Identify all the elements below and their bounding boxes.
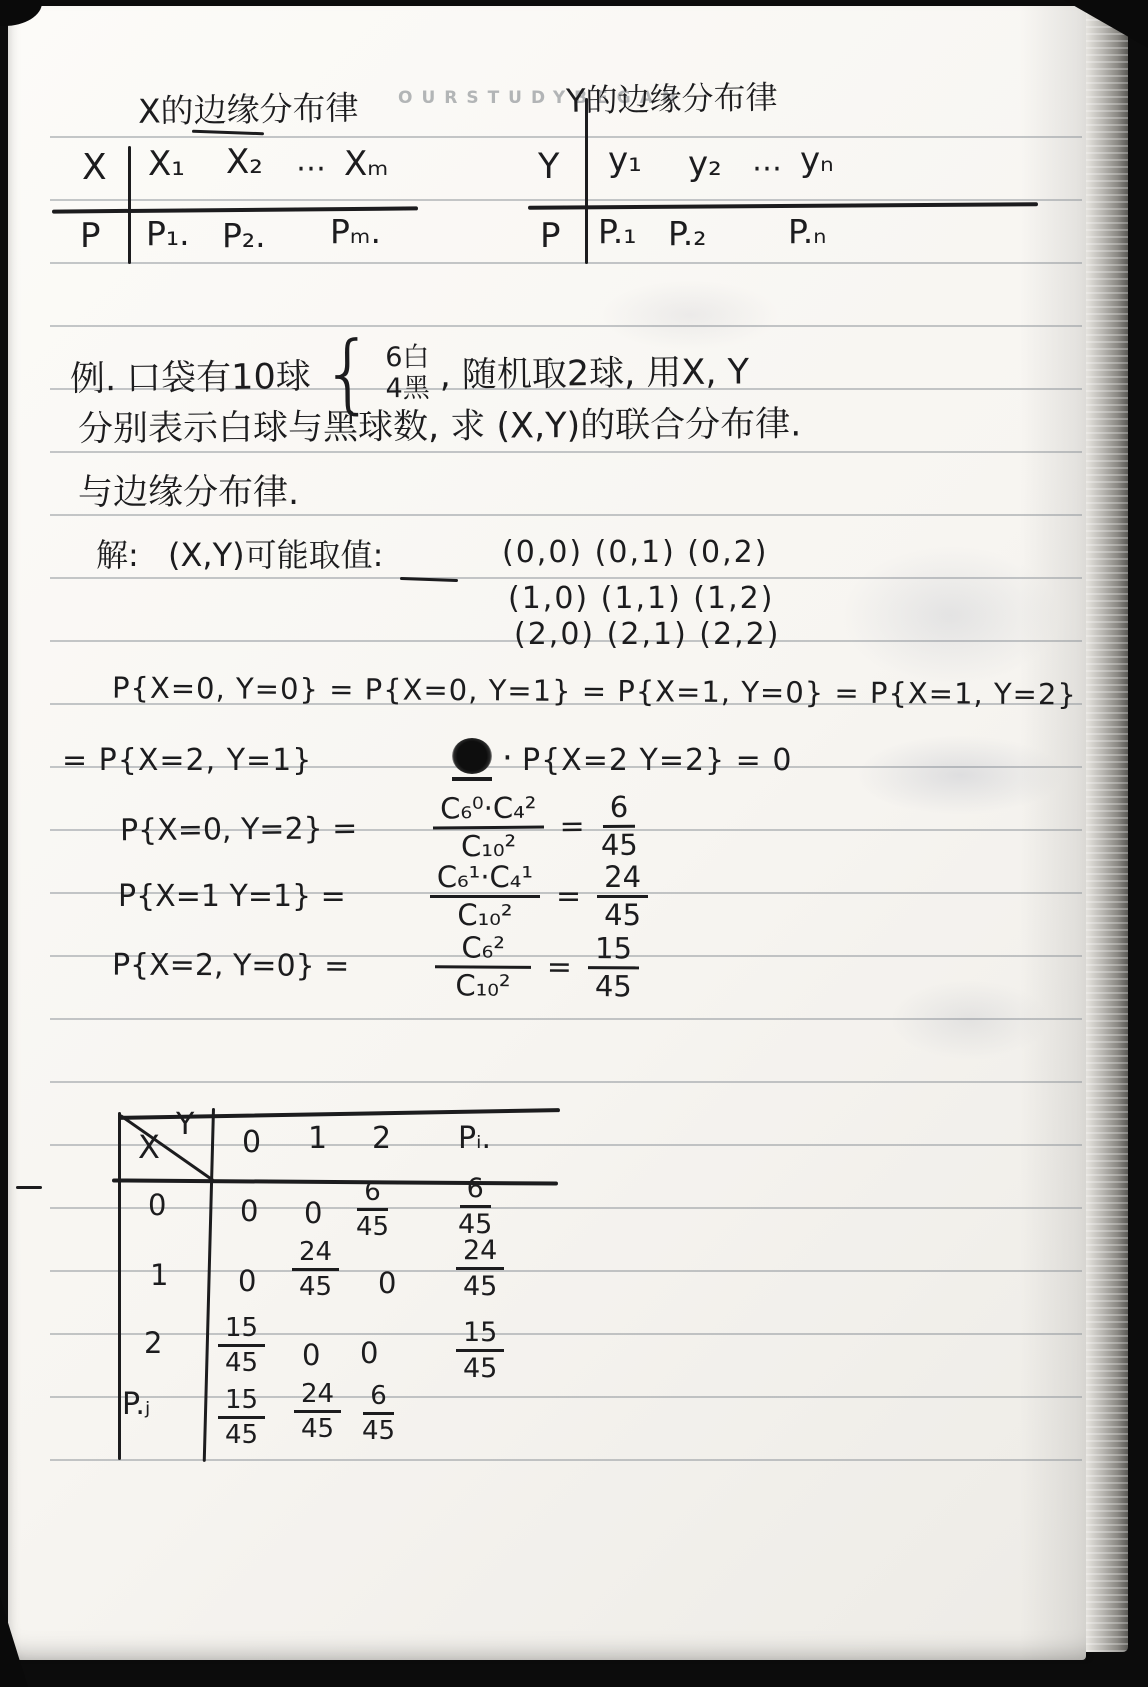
row-label: 0 [148, 1190, 166, 1222]
ink-scribble-blob [452, 738, 492, 774]
bleed-through-mark [890, 980, 1050, 1060]
marginal-y-title: Y的边缘分布律 [566, 80, 778, 119]
zero-probability-line-1: P{X=0, Y=0} = P{X=0, Y=1} = P{X=1, Y=0} … [112, 673, 1077, 712]
table-cell: 0 [304, 1198, 322, 1230]
example-label: 例. [70, 351, 117, 401]
value-pairs-row: (1,0) (1,1) (1,2) [508, 582, 774, 615]
equals-sign: = [559, 810, 584, 845]
cell-p1: P₁. [146, 216, 190, 252]
solution-intro: (X,Y)可能取值: [168, 538, 383, 573]
zero-probability-line-2-dot: · [502, 740, 513, 777]
fraction-numerator: C₆² [435, 932, 531, 969]
fraction-denominator: C₁₀² [457, 898, 512, 931]
column-header: 2 [372, 1122, 391, 1155]
fraction-denominator: 45 [595, 969, 632, 1003]
combination-fraction: C₆² C₁₀² [435, 932, 531, 1002]
fraction-denominator: 45 [463, 1352, 497, 1383]
result-fraction: 24 45 [597, 862, 648, 932]
cell-yn: yₙ [800, 142, 834, 179]
cell-p·2: P.₂ [668, 216, 706, 252]
fraction-denominator: 45 [601, 828, 638, 862]
fraction-numerator: C₆⁰·C₄² [433, 793, 544, 830]
bleed-through-mark [855, 735, 1065, 815]
result-fraction: 6 45 [600, 792, 638, 862]
table-cell: 0 [302, 1340, 320, 1372]
fraction-numerator: 24 [292, 1238, 339, 1271]
marginal-x-title: X的边缘分布律 [138, 90, 359, 130]
row-label-marginal: P.ⱼ [122, 1388, 150, 1421]
white-balls: 6白 [385, 342, 430, 374]
fraction-numerator: 15 [588, 933, 639, 970]
table-cell: 0 [378, 1268, 396, 1300]
fraction-numerator: 15 [456, 1318, 504, 1352]
marginal-cell-fraction: 6 45 [458, 1174, 492, 1239]
fraction-numerator: 6 [603, 792, 636, 829]
equals-sign: = [556, 879, 581, 914]
fraction-denominator: C₁₀² [455, 969, 510, 1003]
cell-y-label: Y [538, 148, 559, 187]
table-cell-fraction: 15 45 [218, 1386, 265, 1449]
row-label: 2 [144, 1328, 162, 1360]
fraction-denominator: 45 [604, 898, 641, 931]
probability-equation: P{X=2, Y=0} = C₆² C₁₀² = 15 45 [112, 931, 639, 1003]
cell-p·1: P.₁ [598, 214, 636, 250]
table-cell: 0 [238, 1266, 256, 1298]
table-cell: 0 [360, 1338, 378, 1370]
equation-lhs: P{X=2, Y=0} = [112, 948, 350, 984]
cell-ellipsis: ⋯ [296, 152, 326, 185]
cell-x1: X₁ [148, 146, 185, 183]
example-line-3: 与边缘分布律. [78, 474, 299, 513]
table-cell: 0 [240, 1196, 258, 1228]
example-line1-pre: 口袋有10球 [126, 349, 311, 401]
fraction-numerator: 6 [363, 1382, 394, 1415]
marginal-cell-fraction: 24 45 [456, 1236, 504, 1301]
corner-label-x: X [138, 1130, 160, 1165]
fraction-denominator: 45 [299, 1271, 332, 1301]
fraction-numerator: 24 [456, 1236, 504, 1270]
table-vertical-rule [585, 98, 588, 264]
fraction-denominator: 45 [463, 1270, 497, 1301]
fraction-denominator: 45 [225, 1419, 258, 1449]
combination-fraction: C₆¹·C₄¹ C₁₀² [430, 862, 540, 932]
fraction-numerator: 6 [357, 1178, 388, 1211]
cell-y2: y₂ [688, 146, 722, 183]
table-cell-fraction: 6 45 [356, 1178, 389, 1241]
example-line-2: 分别表示白球与黑球数, 求 (X,Y)的联合分布律. [78, 405, 802, 449]
ink-scribble [452, 738, 492, 781]
table-cell-fraction: 24 45 [292, 1238, 339, 1301]
fraction-numerator: 15 [218, 1386, 265, 1419]
fraction-denominator: 45 [356, 1211, 389, 1241]
fraction-denominator: 45 [225, 1347, 258, 1377]
cell-pm: Pₘ. [330, 214, 381, 250]
cell-p2: P₂. [222, 218, 266, 254]
cell-p-label: P [540, 218, 561, 255]
cell-x-label: X [82, 148, 107, 188]
black-balls: 4黑 [385, 373, 430, 405]
table-cell-fraction: 24 45 [294, 1380, 341, 1443]
notebook-photo: OURSTUDYBEGAN X的边缘分布律 X X₁ X₂ ⋯ Xₘ P P₁.… [0, 0, 1148, 1687]
zero-probability-line-2-pre: = P{X=2, Y=1} [62, 744, 312, 777]
probability-equation: P{X=1 Y=1} = C₆¹·C₄¹ C₁₀² = 24 45 [118, 862, 648, 932]
cell-x2: X₂ [226, 144, 263, 181]
column-header-marginal: Pᵢ. [458, 1122, 491, 1155]
fraction-numerator: 24 [294, 1380, 341, 1413]
zero-probability-line-2-post: P{X=2 Y=2} = 0 [522, 744, 792, 777]
table-left-rule [118, 1112, 121, 1460]
value-pairs-row: (2,0) (2,1) (2,2) [514, 618, 780, 651]
table-vertical-rule [128, 146, 131, 264]
row-label: 1 [150, 1260, 168, 1292]
column-header: 1 [308, 1122, 327, 1155]
cell-xm: Xₘ [344, 146, 388, 183]
combination-fraction: C₆⁰·C₄² C₁₀² [433, 793, 544, 864]
corner-label-y: Y [176, 1108, 194, 1141]
fraction-numerator: 24 [597, 862, 648, 898]
page-stack-edge [1086, 12, 1128, 1652]
bleed-through-mark [840, 545, 1060, 685]
cell-y1: y₁ [608, 142, 642, 179]
brace-glyph: { [320, 330, 376, 417]
margin-tick [16, 1186, 42, 1189]
probability-equation: P{X=0, Y=2} = C₆⁰·C₄² C₁₀² = 6 45 [120, 792, 638, 866]
value-pairs-row: (0,0) (0,1) (0,2) [502, 536, 768, 569]
example-line1-post: , 随机取2球, 用X, Y [439, 344, 749, 397]
table-cell-fraction: 15 45 [218, 1314, 265, 1377]
equation-lhs: P{X=0, Y=2} = [120, 812, 358, 849]
column-header: 0 [242, 1126, 261, 1159]
fraction-numerator: C₆¹·C₄¹ [430, 862, 540, 898]
table-cell-fraction: 6 45 [362, 1382, 395, 1445]
fraction-numerator: 6 [460, 1174, 491, 1208]
solution-label: 解: [96, 538, 139, 573]
equals-sign: = [547, 950, 572, 985]
fraction-denominator: C₁₀² [461, 829, 516, 863]
cell-p·n: P.ₙ [788, 214, 826, 250]
cell-ellipsis: ⋯ [752, 152, 782, 185]
fraction-denominator: 45 [362, 1415, 395, 1445]
fraction-numerator: 15 [218, 1314, 265, 1347]
cell-p-label: P [80, 218, 101, 255]
marginal-cell-fraction: 15 45 [456, 1318, 504, 1383]
equation-lhs: P{X=1 Y=1} = [118, 879, 346, 914]
ball-counts: 6白 4黑 [385, 342, 430, 405]
result-fraction: 15 45 [588, 933, 639, 1003]
fraction-denominator: 45 [301, 1413, 334, 1443]
